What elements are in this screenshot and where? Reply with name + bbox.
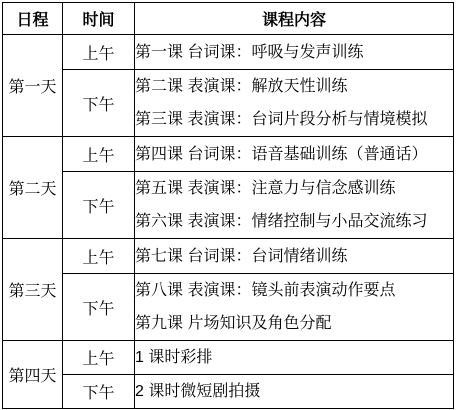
day-cell: 第四天 xyxy=(3,341,63,409)
table-row: 下午 第八课 表演课：镜头前表演动作要点 第九课 片场知识及角色分配 xyxy=(3,274,454,341)
time-cell: 上午 xyxy=(63,35,135,70)
time-cell: 下午 xyxy=(63,274,135,341)
table-row: 下午 第二课 表演课：解放天性训练 第三课 表演课：台词片段分析与情境模拟 xyxy=(3,70,454,137)
content-cell: 1 课时彩排 xyxy=(135,341,454,375)
course-item: 第八课 表演课：镜头前表演动作要点 xyxy=(135,274,453,307)
time-cell: 上午 xyxy=(63,239,135,274)
time-cell: 上午 xyxy=(63,137,135,172)
course-item: 第六课 表演课：情绪控制与小品交流练习 xyxy=(135,205,453,238)
content-cell: 第四课 台词课：语音基础训练（普通话） xyxy=(135,137,454,172)
course-item: 第一课 台词课：呼吸与发声训练 xyxy=(135,36,453,69)
course-item: 第五课 表演课：注意力与信念感训练 xyxy=(135,172,453,205)
header-cell-date: 日程 xyxy=(3,3,63,35)
content-cell: 2 课时微短剧拍摄 xyxy=(135,375,454,409)
content-cell: 第一课 台词课：呼吸与发声训练 xyxy=(135,35,454,70)
table-row: 第三天 上午 第七课 台词课：台词情绪训练 xyxy=(3,239,454,274)
course-schedule-table: 日程 时间 课程内容 第一天 上午 第一课 台词课：呼吸与发声训练 下午 第二课… xyxy=(2,2,454,409)
content-cell: 第八课 表演课：镜头前表演动作要点 第九课 片场知识及角色分配 xyxy=(135,274,454,341)
course-item: 1 课时彩排 xyxy=(135,341,453,374)
course-item: 第三课 表演课：台词片段分析与情境模拟 xyxy=(135,103,453,136)
day-cell: 第一天 xyxy=(3,35,63,137)
course-item: 第九课 片场知识及角色分配 xyxy=(135,307,453,340)
table-row: 第二天 上午 第四课 台词课：语音基础训练（普通话） xyxy=(3,137,454,172)
time-cell: 下午 xyxy=(63,172,135,239)
content-cell: 第五课 表演课：注意力与信念感训练 第六课 表演课：情绪控制与小品交流练习 xyxy=(135,172,454,239)
table-row: 第一天 上午 第一课 台词课：呼吸与发声训练 xyxy=(3,35,454,70)
header-cell-content: 课程内容 xyxy=(135,3,454,35)
course-item: 第四课 台词课：语音基础训练（普通话） xyxy=(135,138,453,171)
table-row: 下午 第五课 表演课：注意力与信念感训练 第六课 表演课：情绪控制与小品交流练习 xyxy=(3,172,454,239)
course-item: 2 课时微短剧拍摄 xyxy=(135,375,453,408)
time-cell: 下午 xyxy=(63,70,135,137)
course-item: 第七课 台词课：台词情绪训练 xyxy=(135,240,453,273)
content-cell: 第七课 台词课：台词情绪训练 xyxy=(135,239,454,274)
day-cell: 第三天 xyxy=(3,239,63,341)
table-row: 第四天 上午 1 课时彩排 xyxy=(3,341,454,375)
header-cell-time: 时间 xyxy=(63,3,135,35)
time-cell: 上午 xyxy=(63,341,135,375)
course-item: 第二课 表演课：解放天性训练 xyxy=(135,70,453,103)
table-row: 下午 2 课时微短剧拍摄 xyxy=(3,375,454,409)
time-cell: 下午 xyxy=(63,375,135,409)
day-cell: 第二天 xyxy=(3,137,63,239)
header-row: 日程 时间 课程内容 xyxy=(3,3,454,35)
content-cell: 第二课 表演课：解放天性训练 第三课 表演课：台词片段分析与情境模拟 xyxy=(135,70,454,137)
